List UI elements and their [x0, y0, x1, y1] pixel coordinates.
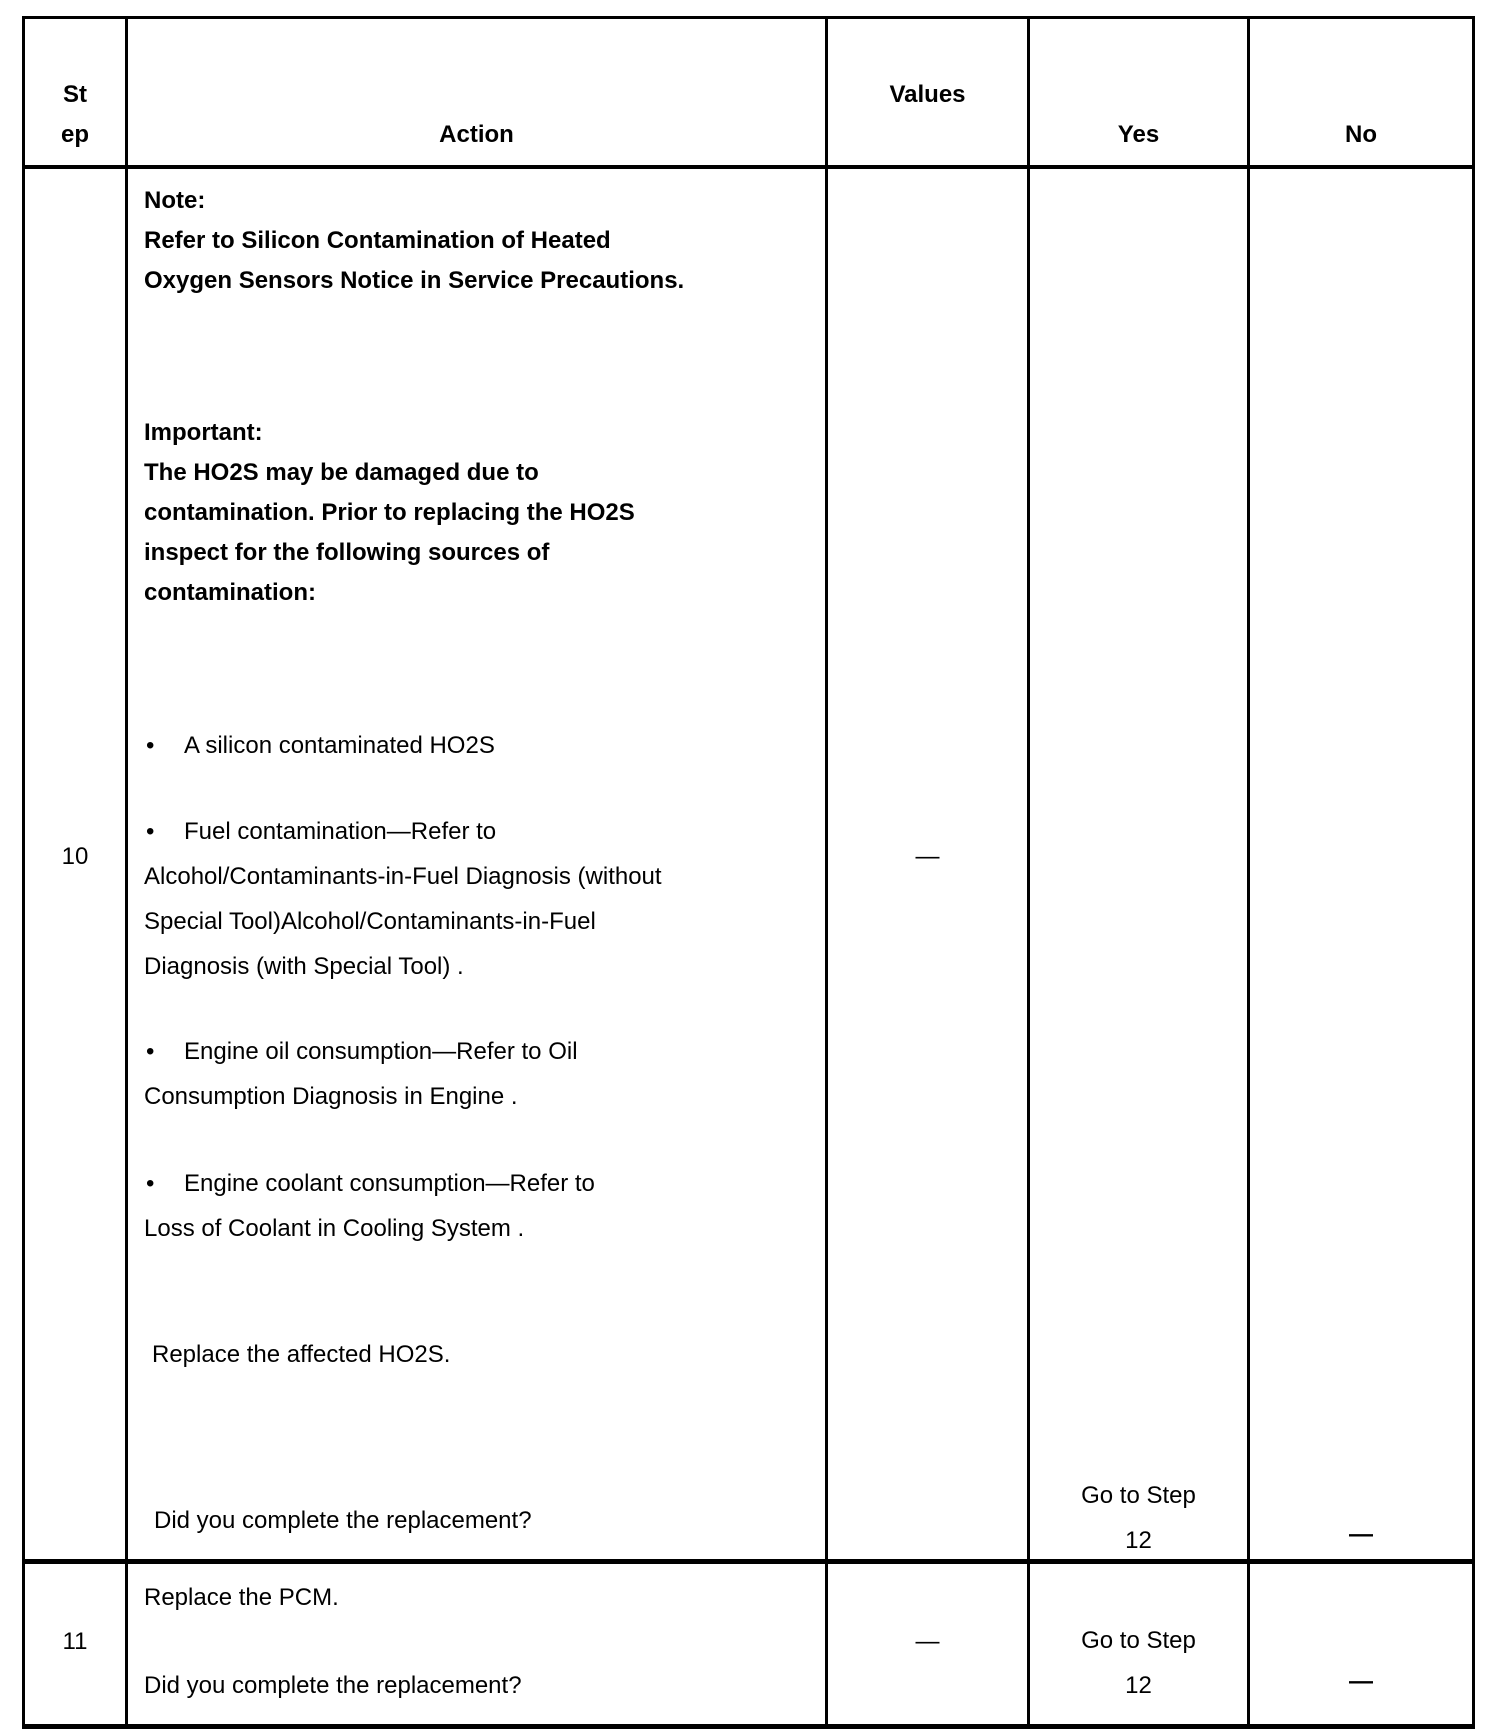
bullet-text: Fuel contamination—Refer to	[184, 818, 496, 845]
important-text-line: contamination:	[144, 573, 815, 613]
bullet-text: A silicon contaminated HO2S	[184, 732, 495, 759]
step-cell: 10	[24, 167, 127, 1562]
step-cell: 11	[24, 1562, 127, 1727]
header-no-label: No	[1250, 115, 1472, 155]
yes-text-line: Go to Step	[1030, 1473, 1247, 1518]
values-cell: —	[827, 167, 1029, 1562]
bullet-item: •Engine coolant consumption—Refer to Los…	[144, 1161, 815, 1251]
header-values: Values	[827, 18, 1029, 168]
yes-cell: Go to Step 12	[1029, 1562, 1249, 1727]
bullet-text: Engine oil consumption—Refer to Oil	[184, 1038, 578, 1065]
bullet-continuation: Alcohol/Contaminants-in-Fuel Diagnosis (…	[144, 854, 815, 899]
bullet-item: •Engine oil consumption—Refer to Oil Con…	[144, 1029, 815, 1119]
instruction-text: Replace the PCM.	[144, 1578, 815, 1618]
bullet-icon: •	[146, 723, 154, 768]
yes-link[interactable]: Go to Step 12	[1030, 1618, 1247, 1708]
bullet-continuation: Consumption Diagnosis in Engine .	[144, 1074, 815, 1119]
bullet-text: Engine coolant consumption—Refer to	[184, 1170, 595, 1197]
action-cell: Replace the PCM. Did you complete the re…	[127, 1562, 827, 1727]
question-text: Did you complete the replacement?	[154, 1501, 815, 1541]
bullet-item: •Fuel contamination—Refer to Alcohol/Con…	[144, 809, 815, 989]
no-cell: —	[1249, 1562, 1474, 1727]
step-number: 10	[25, 837, 125, 877]
table-row-step-11: 11 Replace the PCM. Did you complete the…	[24, 1562, 1474, 1727]
yes-text-line: Go to Step	[1030, 1618, 1247, 1663]
note-text-line: Oxygen Sensors Notice in Service Precaut…	[144, 261, 815, 301]
note-label: Note:	[144, 181, 815, 221]
important-label: Important:	[144, 413, 815, 453]
header-step-line-1: St	[25, 75, 125, 115]
bullet-continuation: Special Tool)Alcohol/Contaminants-in-Fue…	[144, 899, 815, 944]
bullet-continuation: Loss of Coolant in Cooling System .	[144, 1206, 815, 1251]
header-row: St ep Action Values Yes No	[24, 18, 1474, 168]
action-cell: Note: Refer to Silicon Contamination of …	[127, 167, 827, 1562]
bullet-item: •A silicon contaminated HO2S	[144, 723, 815, 768]
yes-link[interactable]: Go to Step 12	[1030, 1473, 1247, 1563]
values-text: —	[828, 1622, 1027, 1662]
values-text: —	[828, 837, 1027, 877]
important-text-line: contamination. Prior to replacing the HO…	[144, 493, 815, 533]
no-cell: —	[1249, 167, 1474, 1562]
yes-cell: Go to Step 12	[1029, 167, 1249, 1562]
diagnostic-table: St ep Action Values Yes No 10 Note: Refe…	[22, 16, 1475, 1729]
note-text-line: Refer to Silicon Contamination of Heated	[144, 221, 815, 261]
values-cell: —	[827, 1562, 1029, 1727]
note-block: Note: Refer to Silicon Contamination of …	[144, 181, 815, 301]
header-action: Action	[127, 18, 827, 168]
header-yes: Yes	[1029, 18, 1249, 168]
header-no: No	[1249, 18, 1474, 168]
header-values-label: Values	[828, 75, 1027, 115]
bullet-icon: •	[146, 1161, 154, 1206]
step-number: 11	[25, 1622, 125, 1662]
bullet-icon: •	[146, 809, 154, 854]
yes-text-line: 12	[1030, 1518, 1247, 1563]
bullet-continuation: Diagnosis (with Special Tool) .	[144, 944, 815, 989]
header-action-label: Action	[128, 115, 825, 155]
no-text: —	[1250, 1662, 1472, 1702]
header-step: St ep	[24, 18, 127, 168]
header-yes-label: Yes	[1030, 115, 1247, 155]
important-text-line: inspect for the following sources of	[144, 533, 815, 573]
question-text: Did you complete the replacement?	[144, 1666, 815, 1706]
instruction-text: Replace the affected HO2S.	[152, 1335, 815, 1375]
header-step-line-2: ep	[25, 115, 125, 155]
yes-text-line: 12	[1030, 1663, 1247, 1708]
table-row-step-10: 10 Note: Refer to Silicon Contamination …	[24, 167, 1474, 1562]
important-block: Important: The HO2S may be damaged due t…	[144, 413, 815, 613]
bullet-icon: •	[146, 1029, 154, 1074]
important-text-line: The HO2S may be damaged due to	[144, 453, 815, 493]
no-text: —	[1250, 1515, 1472, 1555]
